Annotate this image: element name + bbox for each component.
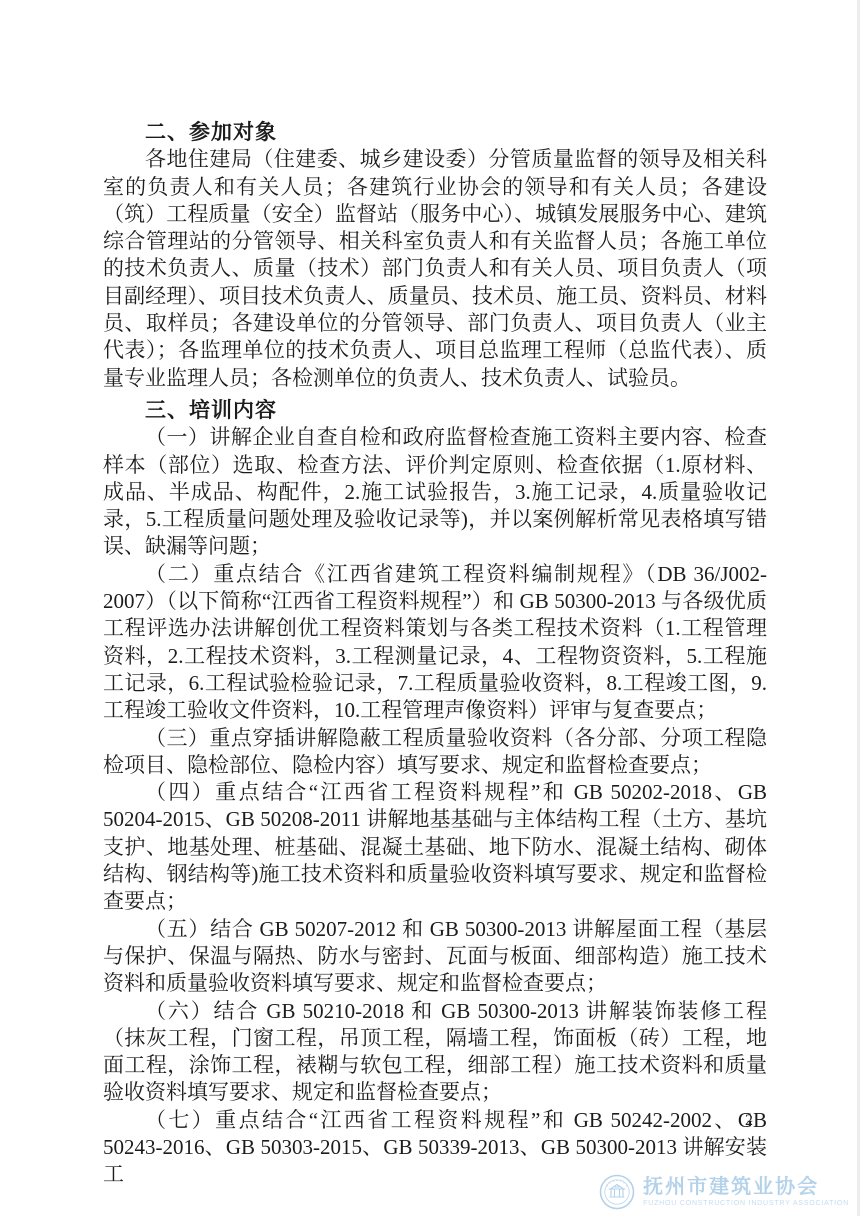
- association-name-en: FUZHOU CONSTRUCTION INDUSTRY ASSOCIATION: [643, 1200, 849, 1207]
- section-heading-training: 三、培训内容: [103, 397, 767, 424]
- paragraph-participants: 各地住建局（住建委、城乡建设委）分管质量监督的领导及相关科室的负责人和有关人员；…: [103, 146, 767, 392]
- paragraph-item-2: （二）重点结合《江西省建筑工程资料编制规程》（DB 36/J002-2007）（…: [103, 561, 767, 725]
- paragraph-item-4: （四）重点结合“江西省工程资料规程”和 GB 50202-2018、GB 502…: [103, 779, 767, 915]
- section-heading-participants: 二、参加对象: [103, 119, 767, 146]
- document-page: 二、参加对象 各地住建局（住建委、城乡建设委）分管质量监督的领导及相关科室的负责…: [0, 0, 860, 1216]
- association-seal-icon: [599, 1174, 635, 1210]
- association-name-cn: 抚州市建筑业协会: [643, 1177, 849, 1197]
- paragraph-item-3: （三）重点穿插讲解隐蔽工程质量验收资料（各分部、分项工程隐检项目、隐检部位、隐检…: [103, 725, 767, 780]
- document-body: 二、参加对象 各地住建局（住建委、城乡建设委）分管质量监督的领导及相关科室的负责…: [103, 114, 767, 1189]
- association-watermark: 抚州市建筑业协会 FUZHOU CONSTRUCTION INDUSTRY AS…: [599, 1174, 849, 1210]
- association-name: 抚州市建筑业协会 FUZHOU CONSTRUCTION INDUSTRY AS…: [643, 1177, 849, 1207]
- paragraph-item-1: （一）讲解企业自查自检和政府监督检查施工资料主要内容、检查样本（部位）选取、检查…: [103, 424, 767, 560]
- paragraph-item-5: （五）结合 GB 50207-2012 和 GB 50300-2013 讲解屋面…: [103, 916, 767, 998]
- paragraph-item-6: （六）结合 GB 50210-2018 和 GB 50300-2013 讲解装饰…: [103, 998, 767, 1107]
- page-number: 2: [745, 1112, 753, 1130]
